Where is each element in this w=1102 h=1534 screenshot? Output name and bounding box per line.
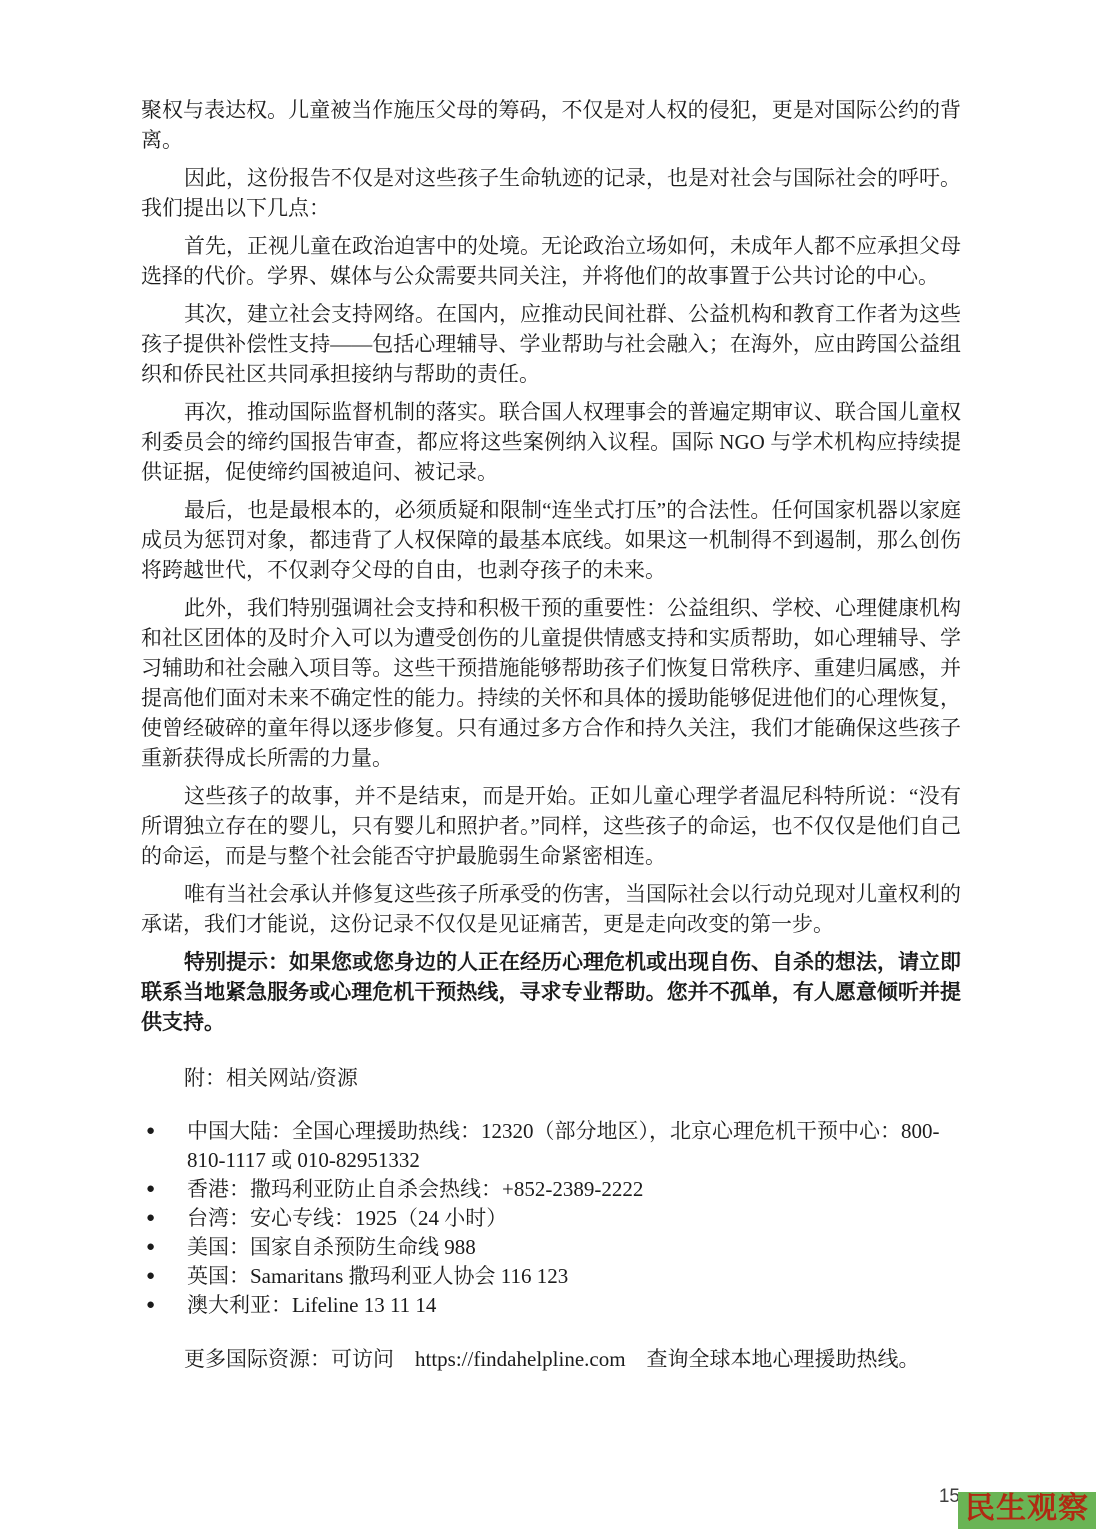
resource-item: ● 美国：国家自杀预防生命线 988 xyxy=(141,1233,961,1262)
paragraph: 因此，这份报告不仅是对这些孩子生命轨迹的记录，也是对社会与国际社会的呼吁。我们提… xyxy=(141,163,961,223)
bullet-icon: ● xyxy=(141,1204,187,1233)
closing-paragraph: 更多国际资源：可访问 https://findahelpline.com 查询全… xyxy=(141,1344,961,1374)
page-number: 15 xyxy=(939,1486,960,1508)
bullet-icon: ● xyxy=(141,1233,187,1262)
resource-text: 台湾：安心专线：1925（24 小时） xyxy=(187,1204,961,1233)
resource-text: 澳大利亚：Lifeline 13 11 14 xyxy=(187,1291,961,1320)
paragraph: 其次，建立社会支持网络。在国内，应推动民间社群、公益机构和教育工作者为这些孩子提… xyxy=(141,299,961,389)
resource-text: 美国：国家自杀预防生命线 988 xyxy=(187,1233,961,1262)
page-content: 聚权与表达权。儿童被当作施压父母的筹码，不仅是对人权的侵犯，更是对国际公约的背离… xyxy=(141,95,961,1382)
bullet-icon: ● xyxy=(141,1262,187,1291)
resource-text: 英国：Samaritans 撒玛利亚人协会 116 123 xyxy=(187,1262,961,1291)
resource-list: ● 中国大陆：全国心理援助热线：12320（部分地区），北京心理危机干预中心：8… xyxy=(141,1117,961,1320)
resource-text: 香港：撒玛利亚防止自杀会热线：+852-2389-2222 xyxy=(187,1175,961,1204)
watermark-badge: 民生观察 xyxy=(958,1492,1096,1529)
paragraph: 再次，推动国际监督机制的落实。联合国人权理事会的普遍定期审议、联合国儿童权利委员… xyxy=(141,397,961,487)
paragraph: 首先，正视儿童在政治迫害中的处境。无论政治立场如何，未成年人都不应承担父母选择的… xyxy=(141,231,961,291)
paragraph: 唯有当社会承认并修复这些孩子所承受的伤害，当国际社会以行动兑现对儿童权利的承诺，… xyxy=(141,879,961,939)
resource-item: ● 英国：Samaritans 撒玛利亚人协会 116 123 xyxy=(141,1262,961,1291)
attachment-heading: 附：相关网站/资源 xyxy=(141,1063,961,1093)
paragraph: 最后，也是最根本的，必须质疑和限制“连坐式打压”的合法性。任何国家机器以家庭成员… xyxy=(141,495,961,585)
special-notice: 特别提示：如果您或您身边的人正在经历心理危机或出现自伤、自杀的想法，请立即联系当… xyxy=(141,947,961,1037)
bullet-icon: ● xyxy=(141,1175,187,1204)
resource-text: 中国大陆：全国心理援助热线：12320（部分地区），北京心理危机干预中心：800… xyxy=(187,1117,961,1175)
resource-item: ● 香港：撒玛利亚防止自杀会热线：+852-2389-2222 xyxy=(141,1175,961,1204)
resource-item: ● 中国大陆：全国心理援助热线：12320（部分地区），北京心理危机干预中心：8… xyxy=(141,1117,961,1175)
bullet-icon: ● xyxy=(141,1291,187,1320)
paragraph: 这些孩子的故事，并不是结束，而是开始。正如儿童心理学者温尼科特所说：“没有所谓独… xyxy=(141,781,961,871)
paragraph: 聚权与表达权。儿童被当作施压父母的筹码，不仅是对人权的侵犯，更是对国际公约的背离… xyxy=(141,95,961,155)
resource-item: ● 台湾：安心专线：1925（24 小时） xyxy=(141,1204,961,1233)
resource-item: ● 澳大利亚：Lifeline 13 11 14 xyxy=(141,1291,961,1320)
document-page: 聚权与表达权。儿童被当作施压父母的筹码，不仅是对人权的侵犯，更是对国际公约的背离… xyxy=(0,0,1102,1534)
paragraph: 此外，我们特别强调社会支持和积极干预的重要性：公益组织、学校、心理健康机构和社区… xyxy=(141,593,961,773)
bullet-icon: ● xyxy=(141,1117,187,1175)
